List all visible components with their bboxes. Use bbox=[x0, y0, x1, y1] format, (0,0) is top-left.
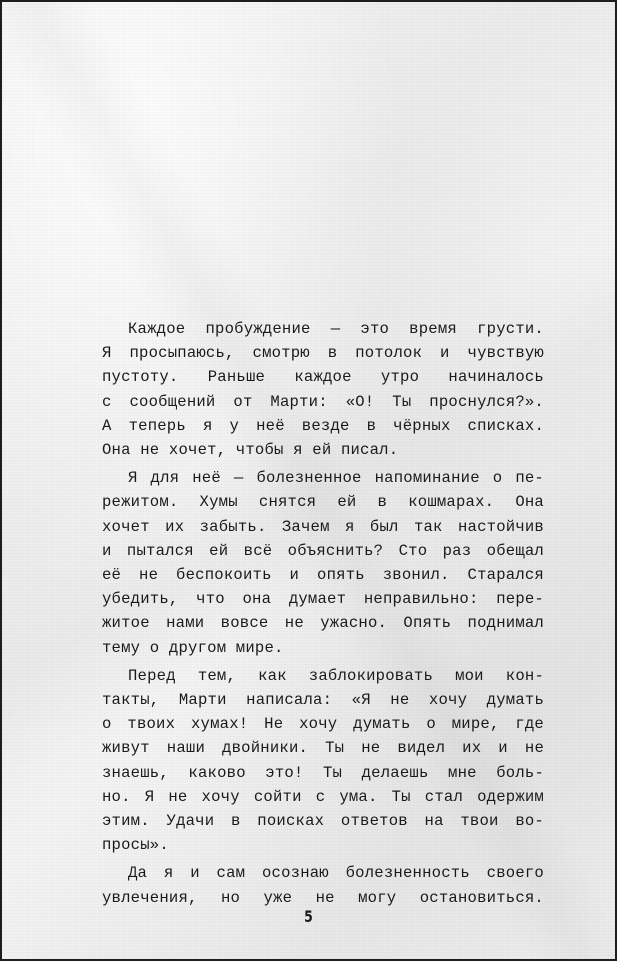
page-text: Каждое пробуждение — это время грусти. Я… bbox=[76, 317, 544, 914]
text-line: Каждое пробуждение — это время грусти. bbox=[76, 317, 544, 341]
text-line: такты, Марти написала: «Я не хочу думать bbox=[76, 688, 544, 712]
page-number: 5 bbox=[69, 907, 547, 926]
paragraph-1: Каждое пробуждение — это время грусти. Я… bbox=[76, 317, 544, 462]
text-line: знаешь, каково это! Ты делаешь мне боль- bbox=[76, 761, 544, 785]
text-line: с сообщений от Марти: «О! Ты проснулся?»… bbox=[76, 390, 544, 414]
text-line: Я для неё — болезненное напоминание о пе… bbox=[76, 466, 544, 490]
paragraph-3: Перед тем, как заблокировать мои кон- та… bbox=[76, 664, 544, 858]
text-line: этим. Удачи в поисках ответов на твои во… bbox=[76, 809, 544, 833]
text-line: А теперь я у неё везде в чёрных списках. bbox=[76, 414, 544, 438]
paragraph-2: Я для неё — болезненное напоминание о пе… bbox=[76, 466, 544, 660]
text-line: режитом. Хумы снятся ей в кошмарах. Она bbox=[76, 490, 544, 514]
paragraph-4: Да я и сам осознаю болезненность своего … bbox=[76, 861, 544, 909]
text-line: Перед тем, как заблокировать мои кон- bbox=[76, 664, 544, 688]
text-line: живут наши двойники. Ты не видел их и не bbox=[76, 736, 544, 760]
text-line: пустоту. Раньше каждое утро начиналось bbox=[76, 365, 544, 389]
text-line: хочет их забыть. Зачем я был так настойч… bbox=[76, 515, 544, 539]
text-line: Она не хочет, чтобы я ей писал. bbox=[76, 438, 544, 462]
text-line: тему о другом мире. bbox=[76, 636, 544, 660]
text-line: просы». bbox=[76, 833, 544, 857]
text-line: но. Я не хочу сойти с ума. Ты стал одерж… bbox=[76, 785, 544, 809]
text-line: её не беспокоить и опять звонил. Старалс… bbox=[76, 563, 544, 587]
text-line: Да я и сам осознаю болезненность своего bbox=[76, 861, 544, 885]
text-line: Я просыпаюсь, смотрю в потолок и чувству… bbox=[76, 341, 544, 365]
text-line: о твоих хумах! Не хочу думать о мире, гд… bbox=[76, 712, 544, 736]
text-line: и пытался ей всё объяснить? Сто раз обещ… bbox=[76, 539, 544, 563]
text-line: убедить, что она думает неправильно: пер… bbox=[76, 587, 544, 611]
book-page: Каждое пробуждение — это время грусти. Я… bbox=[2, 2, 615, 959]
text-line: житое нами вовсе не ужасно. Опять подним… bbox=[76, 611, 544, 635]
